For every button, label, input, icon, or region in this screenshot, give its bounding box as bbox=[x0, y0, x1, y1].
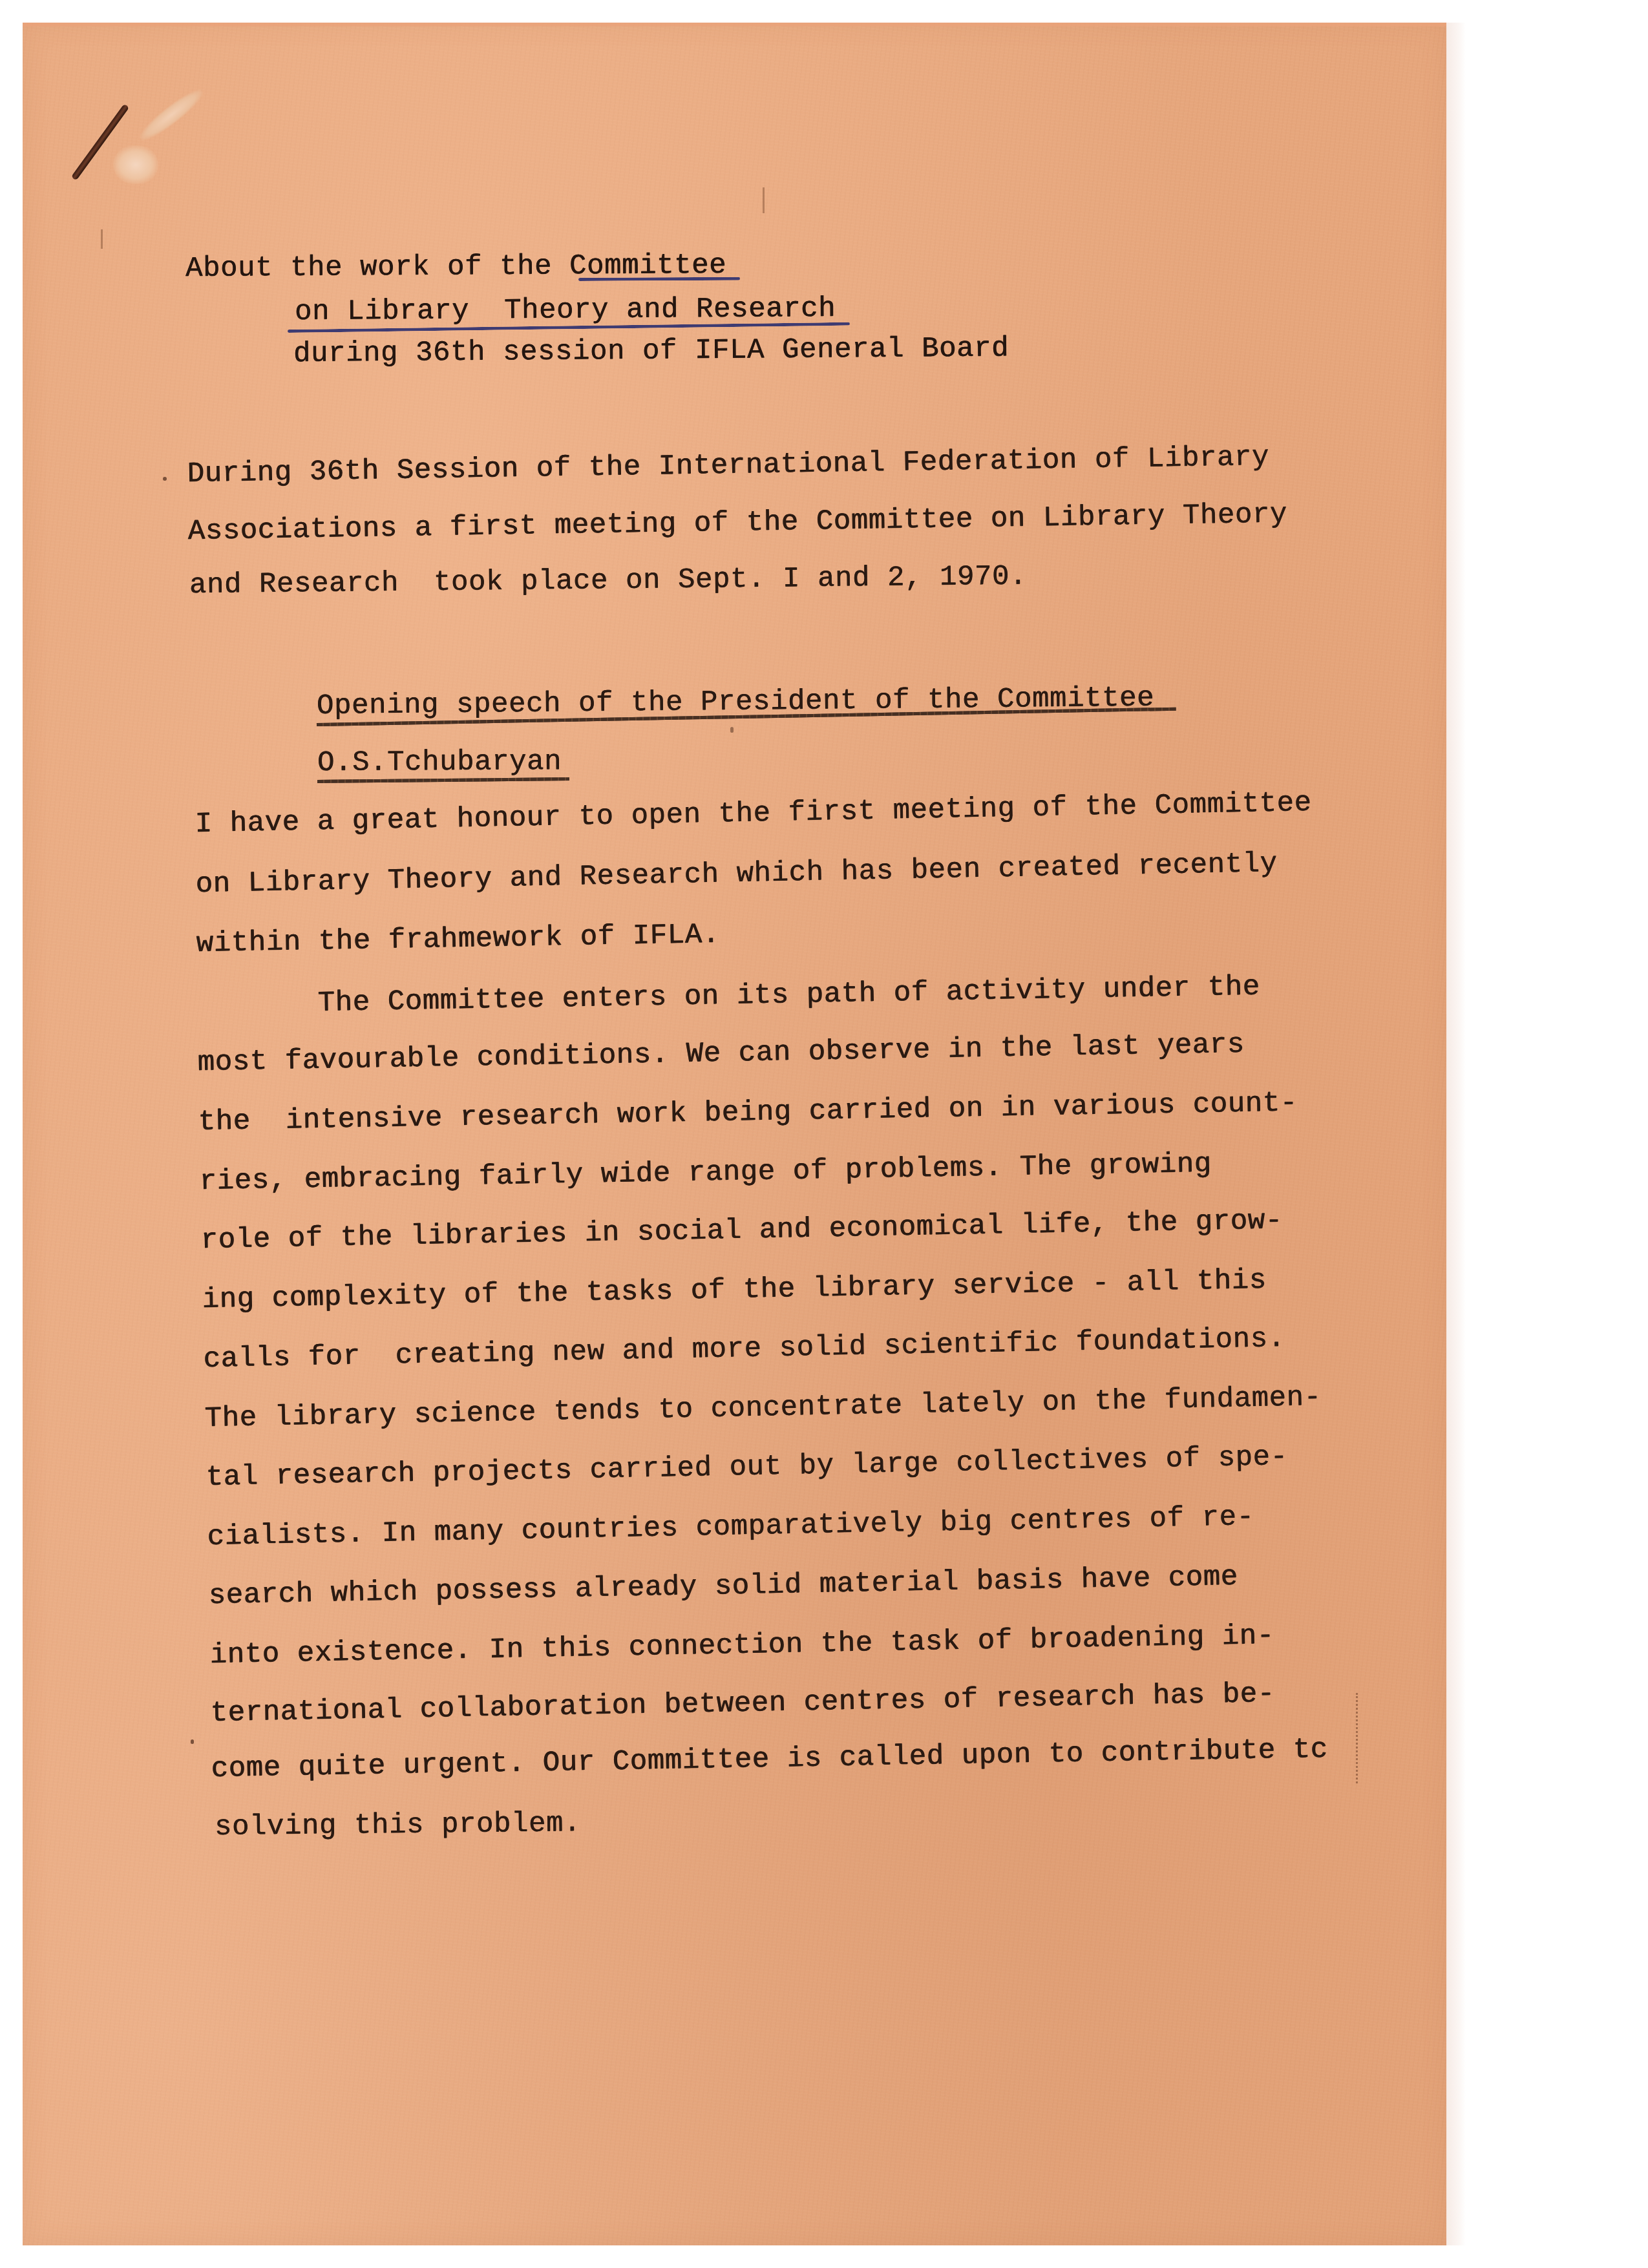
paper-speck bbox=[191, 1739, 194, 1744]
scan-margin-strip bbox=[1446, 23, 1466, 2245]
paper-speck bbox=[163, 477, 167, 481]
paper-speck bbox=[730, 727, 734, 733]
paper-mark bbox=[101, 229, 103, 249]
speaker-name: O.S.Tchubaryan bbox=[317, 748, 562, 777]
speech-line-18: solving this problem. bbox=[215, 1809, 582, 1842]
document-title-line-3: during 36th session of IFLA General Boar… bbox=[293, 334, 1009, 368]
paper-top-edge bbox=[23, 23, 1446, 26]
document-title-line-2: on Library Theory and Research bbox=[295, 295, 836, 326]
tear-mark-2 bbox=[113, 145, 158, 184]
paper-mark bbox=[763, 187, 765, 213]
intro-line-3: and Research took place on Sept. I and 2… bbox=[189, 562, 1028, 600]
page-edge-mark bbox=[1356, 1693, 1358, 1783]
